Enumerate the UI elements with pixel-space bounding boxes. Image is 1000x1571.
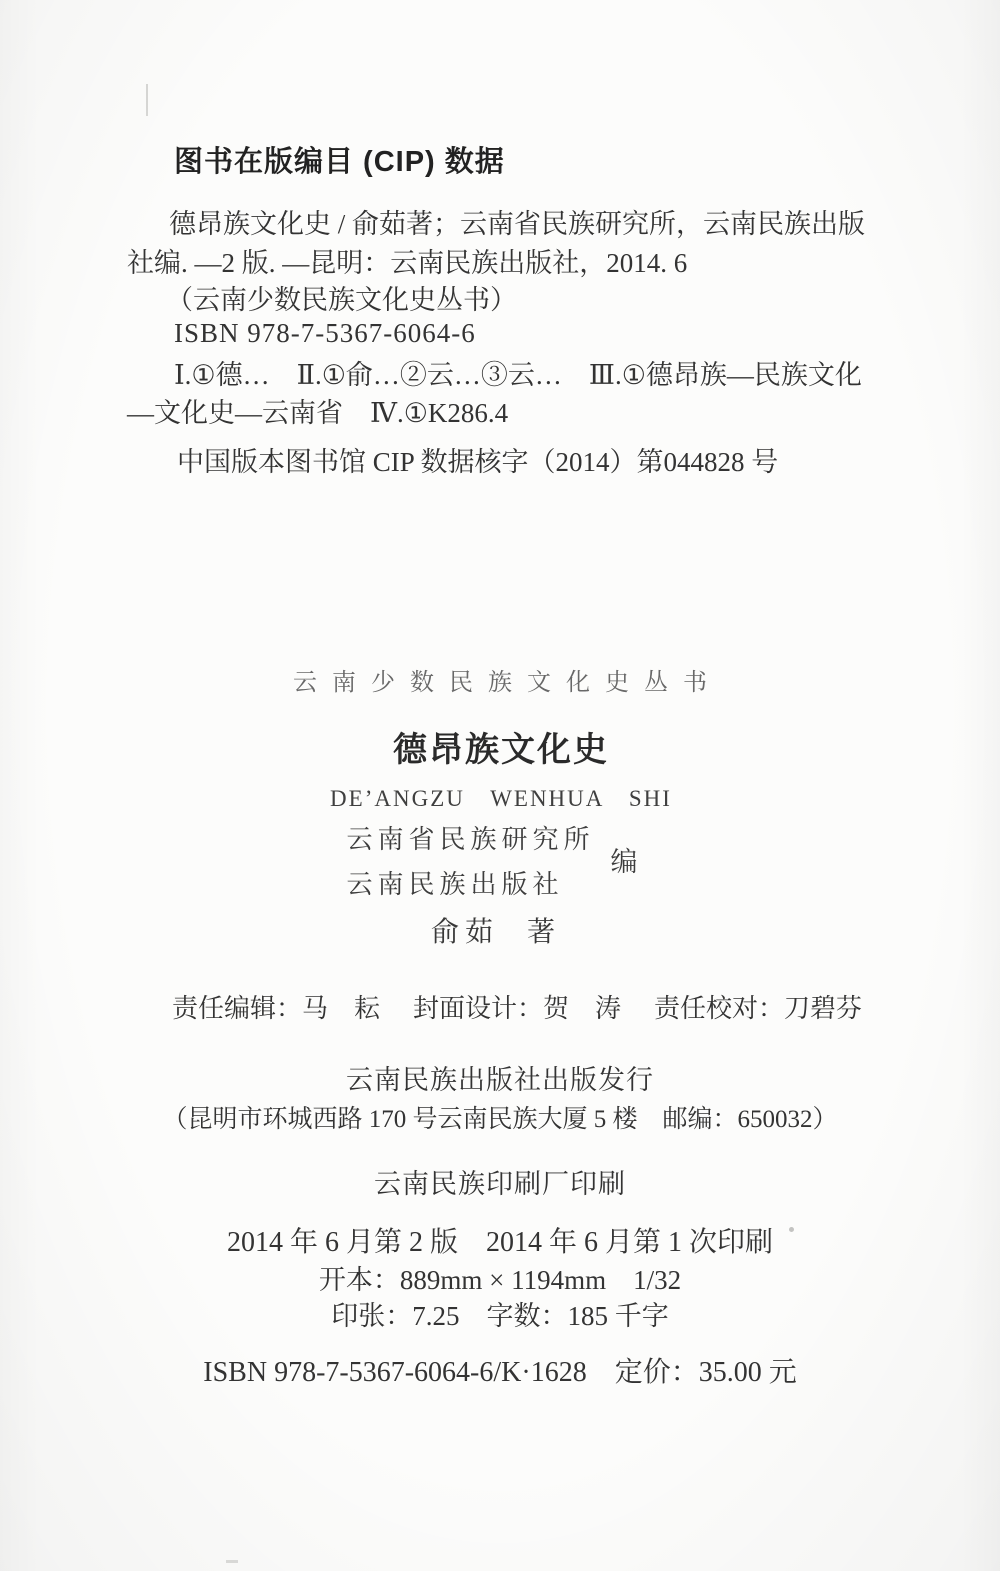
cip-isbn: ISBN 978-7-5367-6064-6: [174, 318, 476, 349]
isbn-price-line: ISBN 978-7-5367-6064-6/K·1628 定价：35.00 元: [0, 1357, 1000, 1389]
compiler-org-1: 云南省民族研究所: [346, 826, 594, 855]
credits-row: 责任编辑：马 耘 封面设计：贺 涛 责任校对：刀碧芬: [172, 994, 862, 1024]
copyright-page: 图书在版编目 (CIP) 数据 德昂族文化史 / 俞茹著；云南省民族研究所，云南…: [0, 0, 1000, 1571]
scan-artifact-line: [146, 84, 148, 116]
cip-record-line1: 德昂族文化史 / 俞茹著；云南省民族研究所，云南民族出版: [169, 209, 865, 240]
cip-classification-line2: —文化史—云南省 Ⅳ.①K286.4: [127, 398, 508, 429]
scan-artifact-smudge: [226, 1560, 238, 1563]
cip-record-line2: 社编. —2 版. —昆明：云南民族出版社，2014. 6: [127, 248, 687, 279]
credit-editor: 责任编辑：马 耘: [172, 994, 380, 1024]
credit-cover-designer: 封面设计：贺 涛: [413, 994, 621, 1024]
credit-editor-name: 马 耘: [302, 994, 380, 1023]
publisher-line: 云南民族出版社出版发行: [0, 1065, 1000, 1096]
cip-classification-line1: Ⅰ.①德… Ⅱ.①俞…②云…③云… Ⅲ.①德昂族—民族文化: [174, 360, 862, 391]
credit-proofreader-label: 责任校对：: [654, 994, 784, 1023]
book-title: 德昂族文化史: [0, 731, 1000, 770]
compiler-role: 编: [611, 847, 638, 878]
publisher-address: （昆明市环城西路 170 号云南民族大厦 5 楼 邮编：650032）: [0, 1106, 1000, 1135]
series-title: 云南少数民族文化史丛书: [0, 670, 1000, 698]
credit-proofreader-name: 刀碧芬: [784, 994, 862, 1023]
credit-proofreader: 责任校对：刀碧芬: [654, 994, 862, 1024]
cip-series-note: （云南少数民族文化史丛书）: [166, 285, 517, 316]
credit-cover-designer-label: 封面设计：: [413, 994, 543, 1023]
author-block: 俞茹 著: [0, 917, 996, 949]
author-name: 俞茹: [431, 917, 499, 949]
edition-line: 2014 年 6 月第 2 版 2014 年 6 月第 1 次印刷: [0, 1227, 1000, 1259]
cip-heading: 图书在版编目 (CIP) 数据: [174, 146, 505, 179]
printer-line: 云南民族印刷厂印刷: [0, 1169, 1000, 1200]
compiler-org-2: 云南民族出版社: [346, 871, 594, 900]
book-title-romanized: DE’ANGZU WENHUA SHI: [0, 786, 1000, 812]
author-role: 著: [527, 917, 561, 949]
credit-editor-label: 责任编辑：: [172, 994, 302, 1023]
credit-cover-designer-name: 贺 涛: [543, 994, 621, 1023]
compilers-block: 云南省民族研究所 云南民族出版社 编: [0, 826, 992, 899]
cip-registry-number: 中国版本图书馆 CIP 数据核字（2014）第044828 号: [177, 447, 778, 478]
sheets-line: 印张：7.25 字数：185 千字: [0, 1301, 1000, 1332]
format-line: 开本：889mm × 1194mm 1/32: [0, 1265, 1000, 1296]
